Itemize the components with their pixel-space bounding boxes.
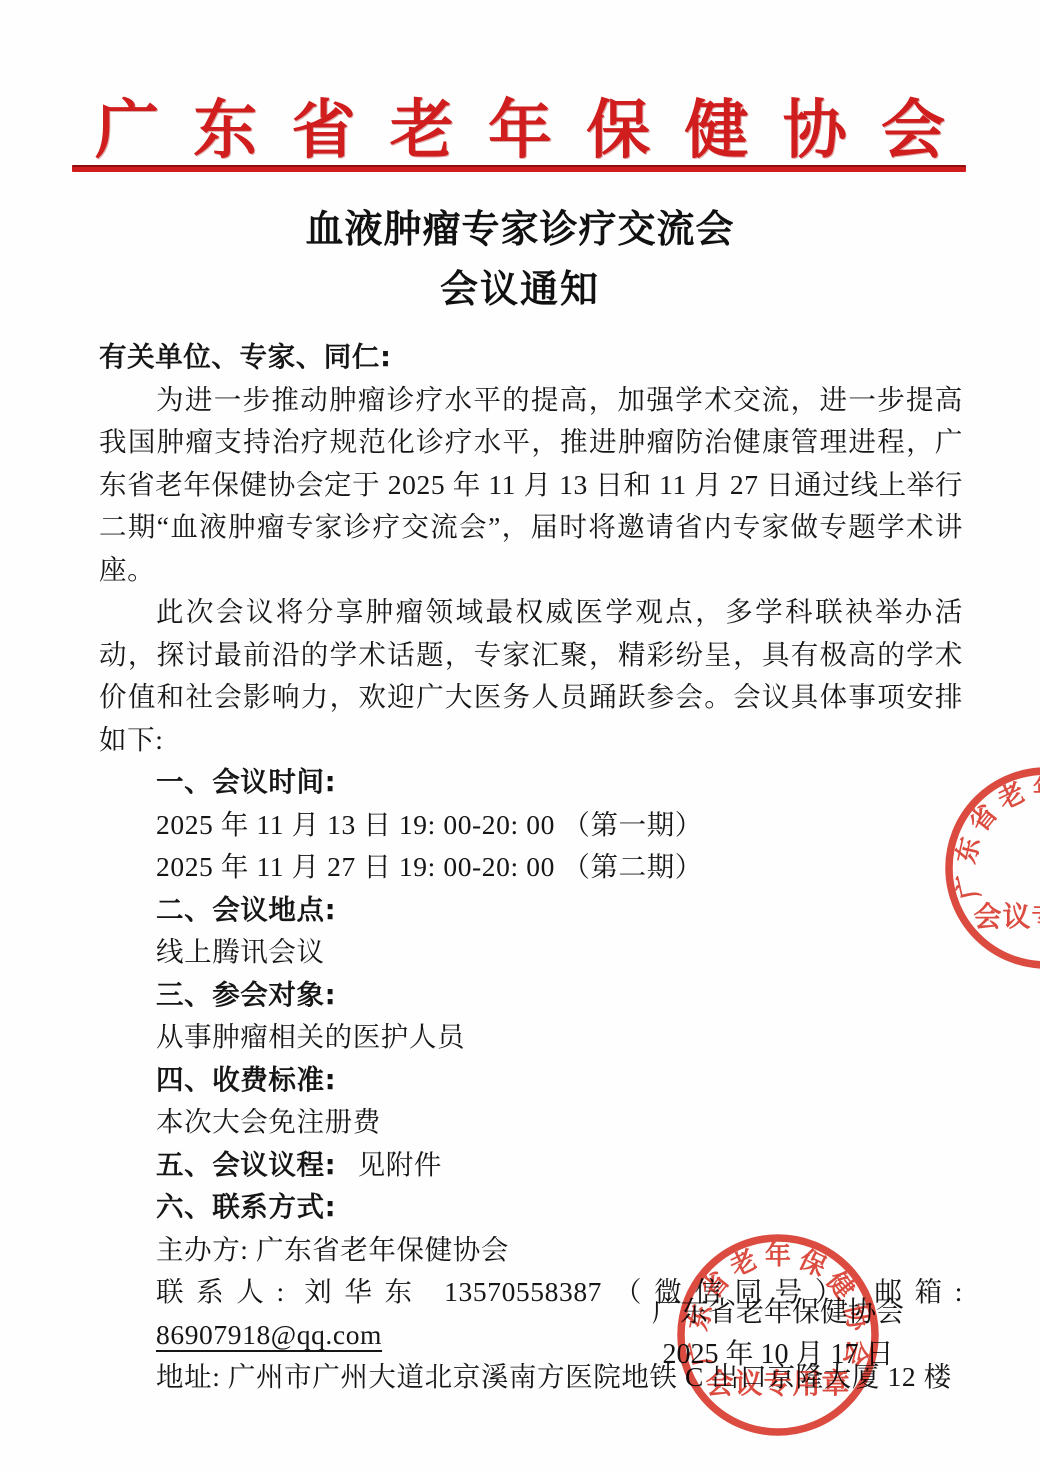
paragraph-details: 此次会议将分享肿瘤领域最权威医学观点，多学科联袂举办活动，探讨最前沿的学术话题，… [99,591,963,761]
document-title: 血液肿瘤专家诊疗交流会 [0,198,1040,253]
audience-value: 从事肿瘤相关的医护人员 [99,1016,963,1059]
svg-text:年: 年 [765,1240,791,1271]
session-1-schedule: 2025 年 11 月 13 日 19: 00-20: 00 （第一期） [99,804,963,847]
session-2-schedule: 2025 年 11 月 27 日 19: 00-20: 00 （第二期） [99,846,963,889]
section-contact-heading: 六、联系方式: [99,1186,963,1229]
location-value: 线上腾讯会议 [99,931,963,974]
document-page: 广东省老年保健协会 血液肿瘤专家诊疗交流会 会议通知 有关单位、专家、同仁: 为… [0,0,1040,1471]
org-letterhead: 广东省老年保健协会 [95,86,945,164]
seal-label: 会议专用章 [705,1367,850,1400]
svg-text:广: 广 [951,870,986,902]
svg-text:会: 会 [837,1337,872,1369]
section-agenda-heading: 五、会议议程: [156,1149,336,1181]
section-agenda-line: 五、会议议程: 见附件 [99,1144,963,1187]
svg-text:东: 东 [952,835,987,867]
section-fee-heading: 四、收费标准: [99,1059,963,1102]
agenda-value: 见附件 [358,1149,442,1180]
fee-value: 本次大会免注册费 [99,1101,963,1144]
svg-text:广: 广 [683,1337,718,1369]
partial-round-seal-stamp: 广东省老年保健协会 会议专用章 [940,762,1040,974]
svg-text:年: 年 [1033,773,1040,804]
svg-text:东: 东 [684,1302,719,1334]
paragraph-intro: 为进一步推动肿瘤诊疗水平的提高，加强学术交流，进一步提高我国肿瘤支持治疗规范化诊… [99,379,963,592]
section-audience-heading: 三、参会对象: [99,974,963,1017]
section-time-heading: 一、会议时间: [99,761,963,804]
seal-arc-text: 广东省老年保健协会 [951,773,1040,902]
salutation: 有关单位、专家、同仁: [99,336,963,379]
section-location-heading: 二、会议地点: [99,889,963,932]
seal-label: 会议专用章 [973,900,1040,933]
contact-email: 86907918@qq.com [156,1319,382,1350]
svg-text:协: 协 [838,1302,873,1335]
document-subtitle: 会议通知 [0,258,1040,313]
official-round-seal-stamp: 广东省老年保健协会 会议专用章 [672,1229,884,1441]
letterhead-divider-rule [72,165,966,172]
